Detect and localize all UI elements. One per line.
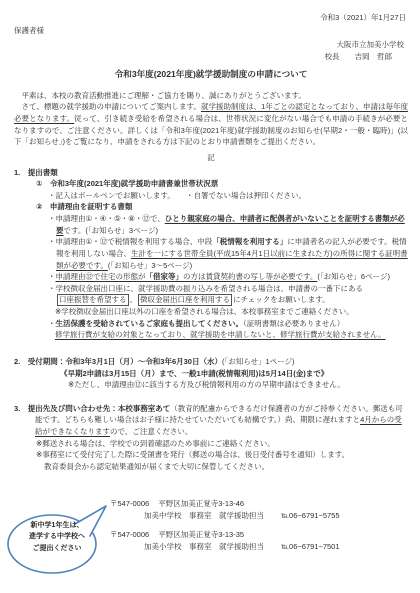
section2-heading: 2. 受付期間：令和3年3月1日（月）～令和3年6月30日（水）(「お知らせ」1… xyxy=(14,356,408,368)
contact-office-line: 加美中学校 事務室 就学援助担当℡06−6791−5755 xyxy=(144,510,340,522)
phone-number: ℡06−6791−5755 xyxy=(281,511,340,520)
bullet-single-parent: ・申請理由①・④・⑤・⑧・⑫で、ひとり親家庭の場合、申請者に配偶者がいないことを… xyxy=(48,213,408,236)
intro-paragraph: さて、標題の就学援助の申請についてご案内します。就学援助制度は、1年ごとの認定と… xyxy=(14,101,408,148)
document-item-2: ② 申請理由を証明する書類 xyxy=(36,201,408,213)
school-name: 大阪市立加美小学校 xyxy=(14,39,408,51)
section-contact: 3. 提出先及び問い合わせ先：本校事務室あて（教育的配慮からできるだけ保護者の方… xyxy=(14,403,408,473)
issue-date: 令和3（2021）年1月27日 xyxy=(14,12,408,24)
postal-code: 〒547-0006 xyxy=(110,530,149,539)
section1-heading: 1. 提出書類 xyxy=(14,167,408,179)
receipt-note: ※事務室にて受付完了した際に受領書を発行（郵送の場合は、後日受付番号を通知）しま… xyxy=(36,449,408,461)
section-documents: 1. 提出書類 ① 令和3年度(2021年度)就学援助申請書兼世帯状況票 ・記入… xyxy=(14,167,408,341)
contact-elementary-school: 〒547-0006平野区加美正覚寺3-13-35 加美小学校 事務室 就学援助担… xyxy=(110,529,340,552)
footer: 新中学1年生は、 進学する中学校へ ご提出ください 〒547-0006平野区加美… xyxy=(0,497,420,593)
street-address: 平野区加美正覚寺3-13-35 xyxy=(158,530,244,539)
street-address: 平野区加美正覚寺3-13-46 xyxy=(158,499,244,508)
bubble-text: 新中学1年生は、 進学する中学校へ ご提出ください xyxy=(14,520,100,554)
contact-address-line: 〒547-0006平野区加美正覚寺3-13-35 xyxy=(110,529,340,541)
bullet-rental-contract: ・申請理由⑫で住宅の形態が「借家等」の方は賃貸契約書の写し等が必要です。(「お知… xyxy=(48,271,408,283)
section3-heading: 3. 提出先及び問い合わせ先：本校事務室あて（教育的配慮からできるだけ保護者の方… xyxy=(14,403,408,438)
contact-address-line: 〒547-0006平野区加美正覚寺3-13-46 xyxy=(110,498,340,510)
bullet-bank-account-note: ※学校徴収金届出口座以外の口座を希望される場合は、本校事務室までご連絡ください。 xyxy=(55,306,408,318)
keep-notice-note: 教育委員会から認定結果通知が届くまで大切に保管してください。 xyxy=(44,461,408,473)
contact-office-line: 加美小学校 事務室 就学援助担当℡06−6791−7501 xyxy=(144,541,340,553)
bubble-line: ご提出ください xyxy=(14,543,100,554)
document-title: 令和3年度(2021年度)就学援助制度の申請について xyxy=(14,68,408,81)
principal-name: 校長 吉岡 哲郎 xyxy=(14,51,408,63)
addressee: 保護者様 xyxy=(14,25,408,37)
contact-middle-school: 〒547-0006平野区加美正覚寺3-13-46 加美中学校 事務室 就学援助担… xyxy=(110,498,340,521)
office-name: 加美小学校 事務室 就学援助担当 xyxy=(144,542,264,551)
phone-number: ℡06−6791−7501 xyxy=(281,542,340,551)
mail-note: ※郵送される場合は、学校での到着確認のため事前にご連絡ください。 xyxy=(36,438,408,450)
new-student-speech-bubble: 新中学1年生は、 進学する中学校へ ご提出ください xyxy=(5,503,109,579)
greeting-paragraph: 平素は、本校の教育活動推進にご理解・ご協力を賜り、誠にありがとうございます。 xyxy=(14,90,408,102)
bubble-line: 進学する中学校へ xyxy=(14,531,100,542)
document-item-1: ① 令和3年度(2021年度)就学援助申請書兼世帯状況票 xyxy=(36,178,408,190)
bullet-welfare: ・生活保護を受給されているご家庭も提出してください。（証明書類は必要ありません） xyxy=(48,318,408,330)
bullet-bank-account: ・学校徴収金届出口座に、就学援助費の振り込みを希望される場合は、申請書の一番下に… xyxy=(48,283,408,306)
ki-marker: 記 xyxy=(14,152,408,164)
period-early-deadline: 《早期2申請は3月15日（月）まで、一般1申請(税情報利用)は5月14日(金)ま… xyxy=(60,368,408,380)
document-page: 令和3（2021）年1月27日 保護者様 大阪市立加美小学校 校長 吉岡 哲郎 … xyxy=(0,0,420,593)
document-item-1-note: ・記入はボールペンでお願いします。 ・自署でない場合は押印ください。 xyxy=(48,190,408,202)
period-note: ※ただし、申請理由⑫に該当する方及び税情報利用の方の早期申請はできません。 xyxy=(68,379,408,391)
section-period: 2. 受付期間：令和3年3月1日（月）～令和3年6月30日（水）(「お知らせ」1… xyxy=(14,356,408,391)
office-name: 加美中学校 事務室 就学援助担当 xyxy=(144,511,264,520)
postal-code: 〒547-0006 xyxy=(110,499,149,508)
contact-list: 〒547-0006平野区加美正覚寺3-13-46 加美中学校 事務室 就学援助担… xyxy=(110,498,340,561)
bullet-tax-info: ・申請理由①・⑫で税情報を利用する場合、中段「税情報を利用する」に申請者名の記入… xyxy=(48,236,408,271)
bubble-line: 新中学1年生は、 xyxy=(14,520,100,531)
bullet-school-trip: 修学旅行費が支給の対象となっており、就学援助を申請しないと、修学旅行費が支給され… xyxy=(55,329,408,341)
